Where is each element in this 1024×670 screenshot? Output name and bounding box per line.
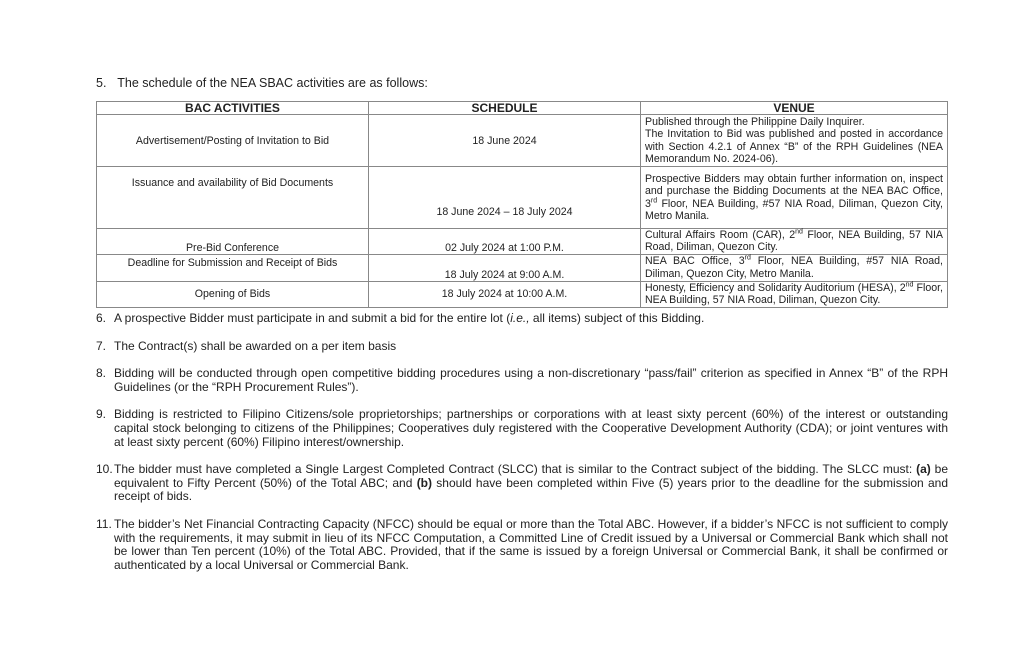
schedule-cell: 02 July 2024 at 1:00 P.M.	[369, 229, 641, 255]
item-number: 7.	[96, 340, 106, 354]
item-text: Bidding will be conducted through open c…	[114, 367, 948, 394]
venue-line: Published through the Philippine Daily I…	[645, 116, 943, 128]
activity-cell: Issuance and availability of Bid Documen…	[97, 167, 369, 229]
list-item: 9. Bidding is restricted to Filipino Cit…	[96, 408, 948, 449]
activity-cell: Deadline for Submission and Receipt of B…	[97, 254, 369, 281]
activity-cell: Opening of Bids	[97, 281, 369, 307]
table-row: Issuance and availability of Bid Documen…	[97, 167, 948, 229]
list-item: 8. Bidding will be conducted through ope…	[96, 367, 948, 394]
item-text: Bidding is restricted to Filipino Citize…	[114, 408, 948, 449]
text-run: A prospective Bidder must participate in…	[114, 311, 510, 325]
list-item: 10. The bidder must have completed a Sin…	[96, 463, 948, 504]
venue-text: NEA BAC Office, 3	[645, 255, 745, 267]
text-run: The bidder must have completed a Single …	[114, 462, 916, 476]
item-number: 5.	[96, 76, 114, 90]
item-number: 6.	[96, 312, 106, 326]
header-venue: VENUE	[641, 102, 948, 115]
table-row: Pre-Bid Conference 02 July 2024 at 1:00 …	[97, 229, 948, 255]
table-row: Advertisement/Posting of Invitation to B…	[97, 115, 948, 167]
activity-cell: Advertisement/Posting of Invitation to B…	[97, 115, 369, 167]
item-text: The Contract(s) shall be awarded on a pe…	[114, 340, 948, 354]
item-text: A prospective Bidder must participate in…	[114, 312, 948, 326]
venue-cell: Prospective Bidders may obtain further i…	[641, 167, 948, 229]
numbered-items: 6. A prospective Bidder must participate…	[96, 312, 948, 586]
text-run: all items) subject of this Bidding.	[530, 311, 705, 325]
header-bac-activities: BAC ACTIVITIES	[97, 102, 369, 115]
item-number: 11.	[96, 518, 112, 532]
schedule-cell: 18 June 2024	[369, 115, 641, 167]
schedule-cell: 18 June 2024 – 18 July 2024	[369, 167, 641, 229]
item-text: The bidder’s Net Financial Contracting C…	[114, 518, 948, 572]
list-item: 7. The Contract(s) shall be awarded on a…	[96, 340, 948, 354]
item-number: 8.	[96, 367, 106, 381]
table-row: Opening of Bids 18 July 2024 at 10:00 A.…	[97, 281, 948, 307]
header-schedule: SCHEDULE	[369, 102, 641, 115]
bac-schedule-table: BAC ACTIVITIES SCHEDULE VENUE Advertisem…	[96, 101, 948, 308]
list-item: 11. The bidder’s Net Financial Contracti…	[96, 518, 948, 572]
item-text: The schedule of the NEA SBAC activities …	[117, 76, 428, 90]
table-header-row: BAC ACTIVITIES SCHEDULE VENUE	[97, 102, 948, 115]
venue-cell: Cultural Affairs Room (CAR), 2nd Floor, …	[641, 229, 948, 255]
item-text: The bidder must have completed a Single …	[114, 463, 948, 504]
activity-cell: Pre-Bid Conference	[97, 229, 369, 255]
venue-text: Honesty, Efficiency and Solidarity Audit…	[645, 282, 906, 294]
venue-cell: NEA BAC Office, 3rd Floor, NEA Building,…	[641, 254, 948, 281]
schedule-cell: 18 July 2024 at 9:00 A.M.	[369, 254, 641, 281]
venue-text: Cultural Affairs Room (CAR), 2	[645, 229, 795, 241]
section-5-intro: 5. The schedule of the NEA SBAC activiti…	[96, 76, 428, 90]
item-number: 10.	[96, 463, 113, 477]
venue-text: Floor, NEA Building, #57 NIA Road, Dilim…	[645, 198, 943, 222]
list-item: 6. A prospective Bidder must participate…	[96, 312, 948, 326]
italic-text: i.e.,	[510, 311, 529, 325]
item-number: 9.	[96, 408, 106, 422]
ordinal-suffix: nd	[795, 228, 803, 235]
venue-cell: Honesty, Efficiency and Solidarity Audit…	[641, 281, 948, 307]
schedule-cell: 18 July 2024 at 10:00 A.M.	[369, 281, 641, 307]
bold-text: (b)	[417, 476, 432, 490]
bold-text: (a)	[916, 462, 931, 476]
venue-cell: Published through the Philippine Daily I…	[641, 115, 948, 167]
venue-line: The Invitation to Bid was published and …	[645, 128, 943, 165]
table-row: Deadline for Submission and Receipt of B…	[97, 254, 948, 281]
